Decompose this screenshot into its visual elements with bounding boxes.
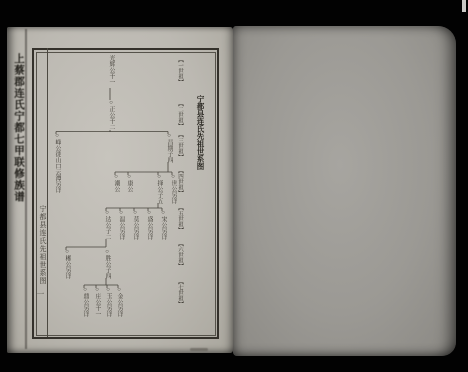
tree-node-gen5-son3: ○莫公另详 bbox=[129, 210, 138, 240]
tree-node-gen6-son2: ○胜公子四 bbox=[101, 249, 110, 279]
scan-artifact-corner-sliver bbox=[462, 0, 466, 12]
chart-title: 宁都县连氏先祖世系图 bbox=[191, 95, 204, 187]
tree-node-gen7-son4: ○金公另详 bbox=[113, 287, 122, 317]
generation-label-3: 【三世祖】 bbox=[171, 132, 182, 168]
tree-node-gen7-son2: ○庄公千一 bbox=[91, 287, 100, 317]
tree-node-gen5-son1: ○达公子二 bbox=[101, 210, 110, 240]
generation-label-7: 【七世祖】 bbox=[171, 279, 182, 315]
book-scan: 上蔡郡连氏宁都七甲联修族谱 宁都县连氏先祖世系图 一 宁都县连氏先祖世系图 【一… bbox=[0, 0, 468, 372]
tree-node-gen4-son1: ○潮公 bbox=[110, 174, 119, 192]
tree-node-gen2: ○正公千二 bbox=[105, 100, 114, 130]
tree-node-gen7-son1: ○鼎公另详 bbox=[79, 287, 88, 317]
left-page: 上蔡郡连氏宁都七甲联修族谱 宁都县连氏先祖世系图 一 宁都县连氏先祖世系图 【一… bbox=[7, 27, 233, 353]
tree-node-gen3-heir: ○昌期子四 bbox=[163, 133, 172, 163]
tree-node-gen7-son3: ○玉公另详 bbox=[102, 287, 111, 317]
scan-artifact-smudge bbox=[190, 348, 208, 351]
tree-node-gen4-son3: ○择公子五 bbox=[153, 174, 162, 204]
right-page-blank bbox=[233, 26, 456, 356]
generation-label-5: 【五世祖】 bbox=[171, 205, 182, 241]
tree-node-gen5-son2: ○温公另详 bbox=[115, 210, 124, 240]
tree-node-gen3-branch-note: ○峰公徙山口云潭另详 bbox=[51, 133, 60, 193]
generation-label-6: 【六世祖】 bbox=[171, 241, 182, 277]
tree-node-gen5-son5: ○宋公另详 bbox=[157, 210, 166, 240]
generation-label-1: 【一世祖】 bbox=[171, 57, 182, 93]
tree-node-gen5-son4: ○盛公另详 bbox=[143, 210, 152, 240]
tree-node-gen4-son2: ○康公 bbox=[123, 174, 132, 192]
tree-node-gen4-son4: ○世公另详 bbox=[167, 174, 176, 204]
tree-node-gen6-son1: ○郴公另详 bbox=[61, 249, 70, 279]
tree-node-gen1: 光辉公千一 bbox=[105, 55, 114, 85]
